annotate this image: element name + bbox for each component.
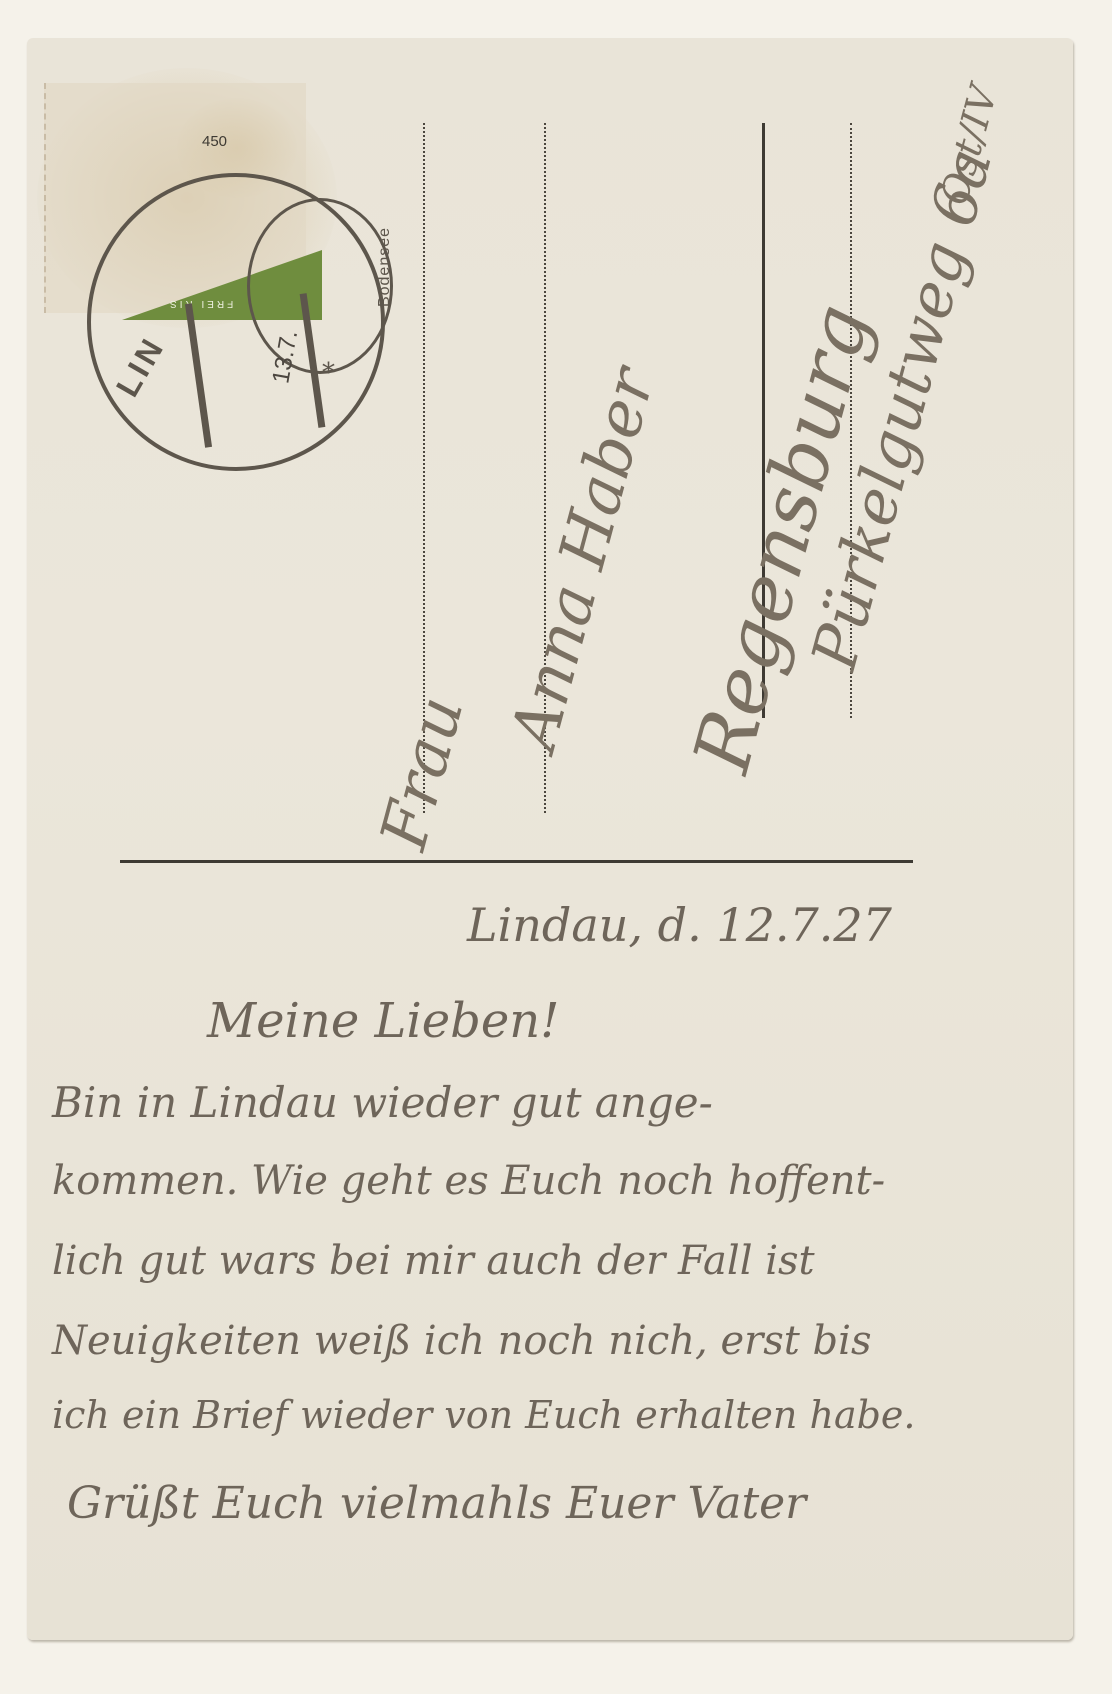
postmark-star-icon: * <box>322 358 335 388</box>
message-line: lich gut wars bei mir auch der Fall ist <box>52 1238 815 1284</box>
message-line: ich ein Brief wieder von Euch erhalten h… <box>52 1393 916 1437</box>
message-line: Bin in Lindau wieder gut ange- <box>52 1078 713 1127</box>
address-salutation: Frau <box>367 689 478 857</box>
stamp-number: 450 <box>202 133 227 150</box>
message-greeting: Meine Lieben! <box>207 993 559 1049</box>
message-signoff: Grüßt Euch vielmahls Euer Vater <box>67 1478 806 1529</box>
message-line: Neuigkeiten weiß ich noch nich, erst bis <box>52 1318 871 1364</box>
postmark-outer-text: Bodensee <box>376 227 394 307</box>
postmark-inner-ring <box>247 198 393 374</box>
postcard: 450 FREI RIS 13.7. LIN * Bodensee Frau A… <box>27 38 1073 1640</box>
address-name: Anna Haber <box>497 361 670 757</box>
message-line: kommen. Wie geht es Euch noch hoffent- <box>52 1158 885 1204</box>
message-place-date: Lindau, d. 12.7.27 <box>467 898 892 952</box>
card-divider <box>120 860 913 863</box>
